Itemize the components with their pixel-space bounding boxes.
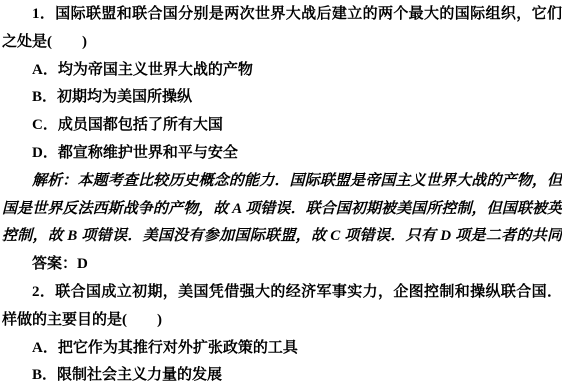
question-1-analysis-line-1: 解析：本题考查比较历史概念的能力．国际联盟是帝国主义世界大战的产物，但联合: [2, 168, 562, 196]
question-2-stem-line-2: 样做的主要目的是( ): [2, 307, 562, 335]
question-1-answer: 答案：D: [2, 251, 562, 279]
question-1-option-a: A．均为帝国主义世界大战的产物: [2, 57, 562, 85]
question-1-stem-line-2: 之处是( ): [2, 29, 562, 57]
question-2-option-a: A．把它作为其推行对外扩张政策的工具: [2, 335, 562, 363]
question-1-analysis-line-3: 控制，故 B 项错误．美国没有参加国际联盟，故 C 项错误．只有 D 项是二者的…: [2, 223, 562, 251]
question-1-analysis-line-2: 国是世界反法西斯战争的产物，故 A 项错误．联合国初期被美国所控制，但国联被英法…: [2, 196, 562, 224]
question-1-option-b: B．初期均为美国所操纵: [2, 84, 562, 112]
question-2-stem-line-1: 2．联合国成立初期，美国凭借强大的经济军事实力，企图控制和操纵联合国．美国这: [2, 279, 562, 307]
question-1-option-d: D．都宣称维护世界和平与安全: [2, 140, 562, 168]
question-2-option-b: B．限制社会主义力量的发展: [2, 362, 562, 390]
document-page: 1．国际联盟和联合国分别是两次世界大战后建立的两个最大的国际组织，它们的共同 之…: [0, 0, 566, 390]
question-1-stem-line-1: 1．国际联盟和联合国分别是两次世界大战后建立的两个最大的国际组织，它们的共同: [2, 1, 562, 29]
question-1-option-c: C．成员国都包括了所有大国: [2, 112, 562, 140]
